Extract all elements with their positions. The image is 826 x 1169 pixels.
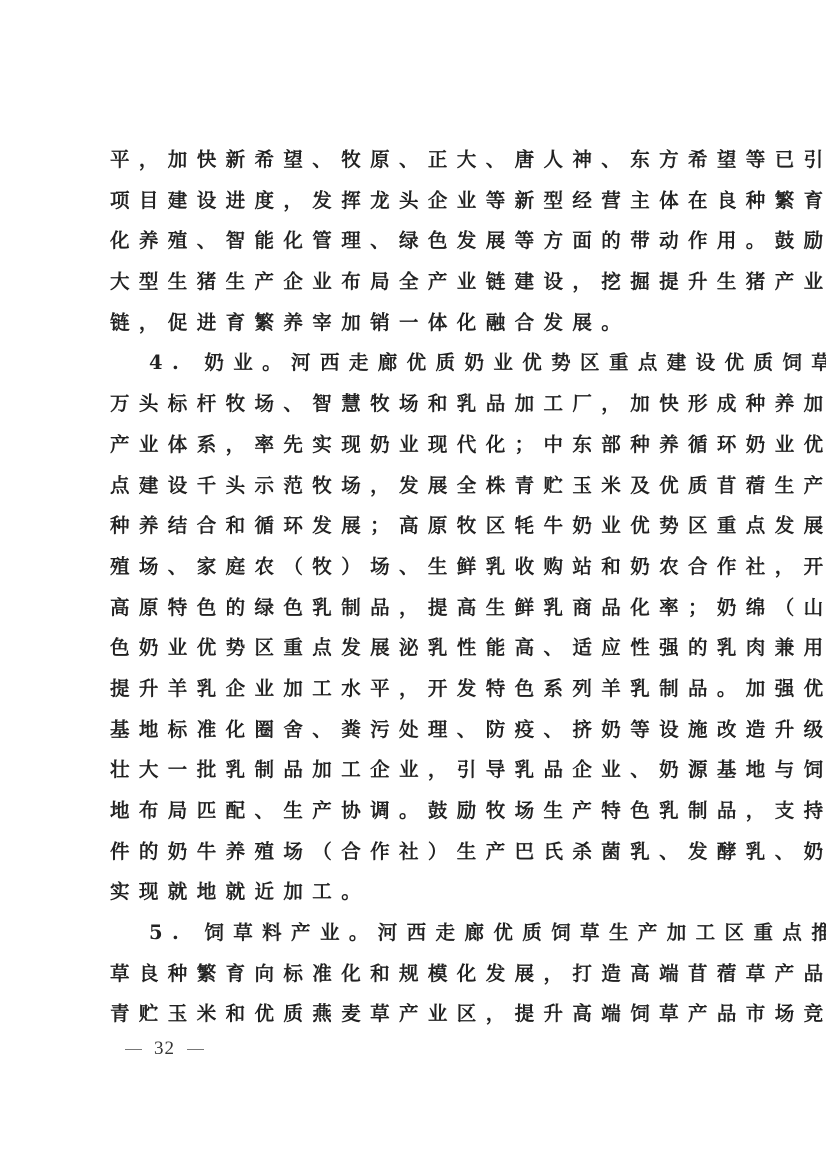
text-line: 基地标准化圈舍、粪污处理、防疫、挤奶等设施改造升级。持续	[110, 710, 722, 751]
page-number: 32	[154, 1038, 175, 1060]
text-line: 种养结合和循环发展；高原牧区牦牛奶业优势区重点发展规模养	[110, 506, 722, 547]
paragraph-forage: 5. 饲草料产业。河西走廊优质饲草生产加工区重点推动饲 草良种繁育向标准化和规模…	[110, 913, 722, 1035]
text-line: 实现就地就近加工。	[110, 872, 722, 913]
text-line: 万头标杆牧场、智慧牧场和乳品加工厂，加快形成种养加一体化	[110, 384, 722, 425]
footer-dash-right	[187, 1049, 204, 1050]
text-line: 殖场、家庭农（牧）场、生鲜乳收购站和奶农合作社，开发具有	[110, 547, 722, 588]
text-line: 色奶业优势区重点发展泌乳性能高、适应性强的乳肉兼用品种，	[110, 628, 722, 669]
page-footer: 32	[125, 1037, 204, 1061]
text-line: 高原特色的绿色乳制品，提高生鲜乳商品化率；奶绵（山）羊特	[110, 588, 722, 629]
text-line: 化养殖、智能化管理、绿色发展等方面的带动作用。鼓励和支持	[110, 221, 722, 262]
paragraph-pig-industry-continued: 平，加快新希望、牧原、正大、唐人神、东方希望等已引进企业 项目建设进度，发挥龙头…	[110, 140, 722, 343]
text-line: 地布局匹配、生产协调。鼓励牧场生产特色乳制品，支持具备条	[110, 791, 722, 832]
text-line-heading: 5. 饲草料产业。河西走廊优质饲草生产加工区重点推动饲	[110, 913, 722, 954]
text-line-heading: 4. 奶业。河西走廊优质奶业优势区重点建设优质饲草基地、	[110, 343, 722, 384]
text-line: 点建设千头示范牧场，发展全株青贮玉米及优质苜蓿生产，推进	[110, 466, 722, 507]
text-line: 提升羊乳企业加工水平，开发特色系列羊乳制品。加强优质奶源	[110, 669, 722, 710]
text-line: 草良种繁育向标准化和规模化发展，打造高端苜蓿草产品、全株	[110, 954, 722, 995]
document-page: 平，加快新希望、牧原、正大、唐人神、东方希望等已引进企业 项目建设进度，发挥龙头…	[0, 0, 826, 1169]
text-line: 壮大一批乳制品加工企业，引导乳品企业、奶源基地与饲草料基	[110, 750, 722, 791]
text-line: 青贮玉米和优质燕麦草产业区，提升高端饲草产品市场竞争力；	[110, 994, 722, 1035]
text-line: 平，加快新希望、牧原、正大、唐人神、东方希望等已引进企业	[110, 140, 722, 181]
text-line: 产业体系，率先实现奶业现代化；中东部种养循环奶业优势区重	[110, 425, 722, 466]
text-line: 大型生猪生产企业布局全产业链建设，挖掘提升生猪产业价值	[110, 262, 722, 303]
paragraph-dairy: 4. 奶业。河西走廊优质奶业优势区重点建设优质饲草基地、 万头标杆牧场、智慧牧场…	[110, 343, 722, 913]
text-line: 链，促进育繁养宰加销一体化融合发展。	[110, 303, 722, 344]
footer-dash-left	[125, 1049, 142, 1050]
text-line: 件的奶牛养殖场（合作社）生产巴氏杀菌乳、发酵乳、奶酪等，	[110, 832, 722, 873]
body-text: 平，加快新希望、牧原、正大、唐人神、东方希望等已引进企业 项目建设进度，发挥龙头…	[110, 140, 722, 1035]
text-line: 项目建设进度，发挥龙头企业等新型经营主体在良种繁育、工厂	[110, 181, 722, 222]
